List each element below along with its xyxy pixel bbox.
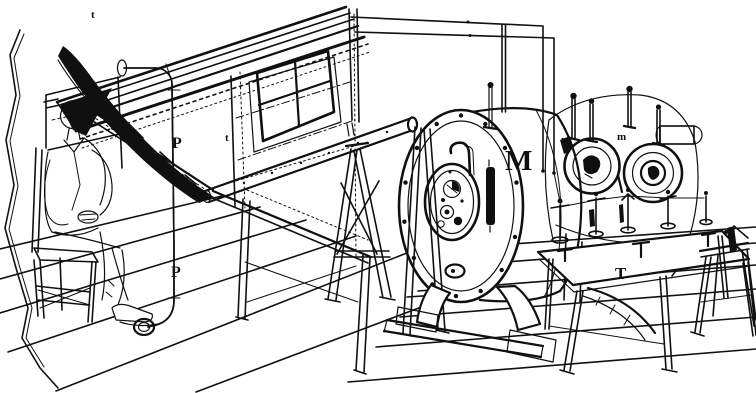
booth-right-wall: [210, 51, 371, 263]
label-coil-right: m: [617, 131, 626, 143]
instrument-table: T: [538, 173, 756, 374]
booth-roof: [44, 7, 370, 148]
trestle: [325, 143, 395, 302]
label-pipe-lower: P: [171, 264, 181, 281]
label-pipe-upper: P: [172, 135, 182, 152]
man-hands: [78, 211, 98, 223]
label-machine: M: [505, 145, 532, 177]
under-table-brace: [583, 288, 655, 340]
engraving-canvas: P P: [0, 0, 756, 393]
man-legs: [55, 232, 120, 248]
label-wall-marker: t: [225, 132, 229, 144]
label-roof-marker: t: [91, 9, 95, 21]
torn-edge: [5, 30, 58, 388]
label-table: T: [615, 264, 627, 283]
booth-legs: [236, 199, 370, 374]
engraving-illustration: P P: [0, 0, 756, 393]
beam-tube: [204, 118, 418, 203]
floor-planks: [0, 196, 756, 392]
machine: M: [399, 82, 581, 302]
